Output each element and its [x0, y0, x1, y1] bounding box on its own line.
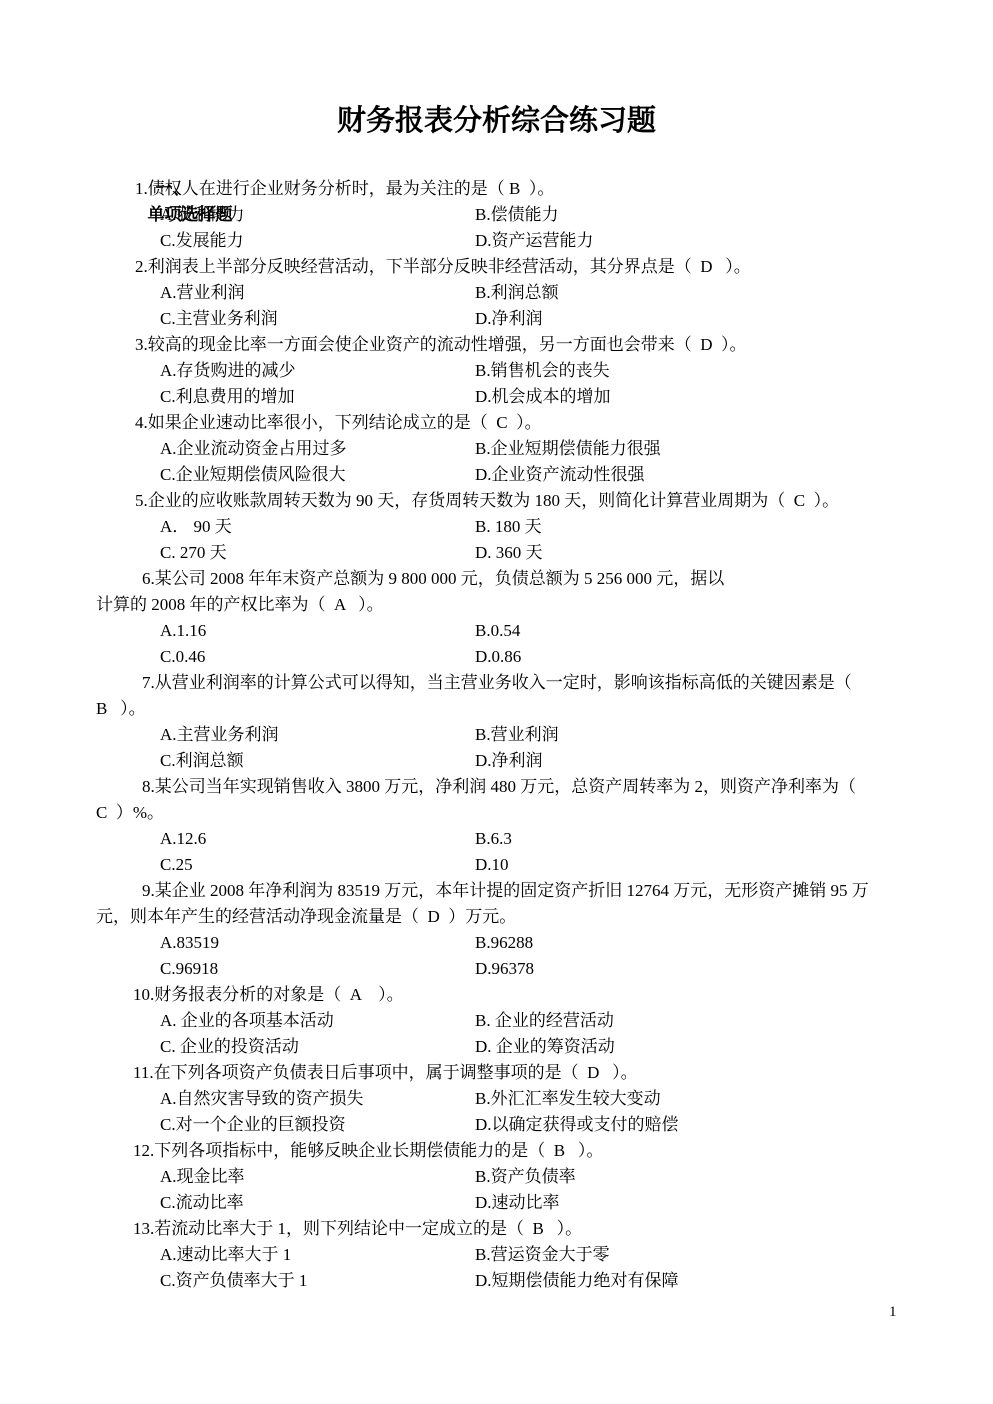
option-c: C.25	[160, 852, 193, 878]
option-c: C.企业短期偿债风险很大	[160, 462, 346, 488]
question-1-line: 1.债权人在进行企业财务分析时，最为关注的是（ B ）。	[96, 176, 908, 202]
option-d: D.资产运营能力	[475, 228, 594, 254]
question-7-line-1: 7.从营业利润率的计算公式可以得知，当主营业务收入一定时，影响该指标高低的关键因…	[96, 670, 908, 696]
option-a: A.1.16	[160, 618, 206, 644]
question-6-options-row-1: A.1.16 B.0.54	[96, 618, 908, 644]
option-a: A.速动比率大于 1	[160, 1242, 291, 1268]
option-c: C.利润总额	[160, 748, 244, 774]
option-c: C.对一个企业的巨额投资	[160, 1112, 346, 1138]
question-9-line-2: 元，则本年产生的经营活动净现金流量是（ D ）万元。	[96, 904, 908, 930]
question-9-line-1: 9.某企业 2008 年净利润为 83519 万元，本年计提的固定资产折旧 12…	[96, 878, 908, 904]
option-a: A.获利能力	[160, 202, 245, 228]
option-c: C.主营业务利润	[160, 306, 278, 332]
question-5-options-row-2: C. 270 天 D. 360 天	[96, 540, 908, 566]
option-b: B.企业短期偿债能力很强	[475, 436, 661, 462]
question-3-options-row-1: A.存货购进的减少 B.销售机会的丧失	[96, 358, 908, 384]
question-9-options-row-2: C.96918 D.96378	[96, 956, 908, 982]
question-4-options-row-2: C.企业短期偿债风险很大 D.企业资产流动性很强	[96, 462, 908, 488]
option-a: A.自然灾害导致的资产损失	[160, 1086, 364, 1112]
option-c: C.流动比率	[160, 1190, 244, 1216]
option-b: B.利润总额	[475, 280, 559, 306]
question-8-line-1: 8.某公司当年实现销售收入 3800 万元，净利润 480 万元，总资产周转率为…	[96, 774, 908, 800]
option-d: D.机会成本的增加	[475, 384, 611, 410]
option-b: B.偿债能力	[475, 202, 559, 228]
option-c: C.0.46	[160, 644, 205, 670]
option-a: A． 90 天	[160, 514, 232, 540]
option-b: B.外汇汇率发生较大变动	[475, 1086, 661, 1112]
option-d: D.10	[475, 852, 509, 878]
question-1-options-row-2: C.发展能力 D.资产运营能力	[96, 228, 908, 254]
question-5-options-row-1: A． 90 天 B. 180 天	[96, 514, 908, 540]
option-b: B. 180 天	[475, 514, 542, 540]
question-3-line: 3.较高的现金比率一方面会使企业资产的流动性增强，另一方面也会带来（ D ）。	[96, 332, 908, 358]
question-6-line-1: 6.某公司 2008 年年末资产总额为 9 800 000 元，负债总额为 5 …	[96, 566, 908, 592]
question-9-options-row-1: A.83519 B.96288	[96, 930, 908, 956]
option-a: A. 企业的各项基本活动	[160, 1008, 334, 1034]
option-a: A.企业流动资金占用过多	[160, 436, 347, 462]
question-11-options-row-1: A.自然灾害导致的资产损失 B.外汇汇率发生较大变动	[96, 1086, 908, 1112]
option-a: A.存货购进的减少	[160, 358, 296, 384]
question-13-line: 13.若流动比率大于 1，则下列结论中一定成立的是（ B ）。	[96, 1216, 908, 1242]
question-2-options-row-1: A.营业利润 B.利润总额	[96, 280, 908, 306]
option-b: B.营运资金大于零	[475, 1242, 610, 1268]
option-a: A.营业利润	[160, 280, 245, 306]
option-c: C. 企业的投资活动	[160, 1034, 299, 1060]
question-2-options-row-2: C.主营业务利润 D.净利润	[96, 306, 908, 332]
question-12-line: 12.下列各项指标中，能够反映企业长期偿债能力的是（ B ）。	[96, 1138, 908, 1164]
option-d: D.以确定获得或支付的赔偿	[475, 1112, 679, 1138]
option-a: A.83519	[160, 930, 219, 956]
option-a: A.主营业务利润	[160, 722, 279, 748]
question-10-line: 10.财务报表分析的对象是（ A ）。	[96, 982, 908, 1008]
option-a: A.12.6	[160, 826, 206, 852]
option-d: D.净利润	[475, 306, 543, 332]
option-d: D. 360 天	[475, 540, 543, 566]
question-13-options-row-2: C.资产负债率大于 1 D.短期偿债能力绝对有保障	[96, 1268, 908, 1294]
option-b: B.资产负债率	[475, 1164, 576, 1190]
option-d: D.速动比率	[475, 1190, 560, 1216]
question-7-options-row-2: C.利润总额 D.净利润	[96, 748, 908, 774]
question-11-options-row-2: C.对一个企业的巨额投资 D.以确定获得或支付的赔偿	[96, 1112, 908, 1138]
option-b: B.0.54	[475, 618, 520, 644]
question-4-line: 4.如果企业速动比率很小，下列结论成立的是（ C ）。	[96, 410, 908, 436]
question-5-line: 5.企业的应收账款周转天数为 90 天，存货周转天数为 180 天，则简化计算营…	[96, 488, 908, 514]
option-b: B. 企业的经营活动	[475, 1008, 614, 1034]
option-c: C.利息费用的增加	[160, 384, 295, 410]
page-title: 财务报表分析综合练习题	[0, 98, 993, 139]
question-12-options-row-2: C.流动比率 D.速动比率	[96, 1190, 908, 1216]
question-11-line: 11.在下列各项资产负债表日后事项中，属于调整事项的是（ D ）。	[96, 1060, 908, 1086]
document-page: 财务报表分析综合练习题 一、 单项选择题 1.债权人在进行企业财务分析时，最为关…	[0, 0, 993, 1404]
question-7-options-row-1: A.主营业务利润 B.营业利润	[96, 722, 908, 748]
question-2-line: 2.利润表上半部分反映经营活动，下半部分反映非经营活动，其分界点是（ D ）。	[96, 254, 908, 280]
question-12-options-row-1: A.现金比率 B.资产负债率	[96, 1164, 908, 1190]
section-heading: 一、 单项选择题	[96, 150, 908, 176]
option-b: B.销售机会的丧失	[475, 358, 610, 384]
option-d: D.净利润	[475, 748, 543, 774]
question-6-options-row-2: C.0.46 D.0.86	[96, 644, 908, 670]
question-6-line-2: 计算的 2008 年的产权比率为（ A ）。	[96, 592, 908, 618]
option-c: C.发展能力	[160, 228, 244, 254]
option-b: B.96288	[475, 930, 533, 956]
document-body: 一、 单项选择题 1.债权人在进行企业财务分析时，最为关注的是（ B ）。 A.…	[96, 150, 908, 1294]
page-number: 1	[889, 1299, 897, 1325]
option-c: C. 270 天	[160, 540, 227, 566]
question-3-options-row-2: C.利息费用的增加 D.机会成本的增加	[96, 384, 908, 410]
option-d: D. 企业的筹资活动	[475, 1034, 615, 1060]
option-b: B.营业利润	[475, 722, 559, 748]
question-10-options-row-2: C. 企业的投资活动 D. 企业的筹资活动	[96, 1034, 908, 1060]
question-7-line-2: B ）。	[96, 696, 908, 722]
question-4-options-row-1: A.企业流动资金占用过多 B.企业短期偿债能力很强	[96, 436, 908, 462]
option-d: D.短期偿债能力绝对有保障	[475, 1268, 679, 1294]
question-10-options-row-1: A. 企业的各项基本活动 B. 企业的经营活动	[96, 1008, 908, 1034]
option-a: A.现金比率	[160, 1164, 245, 1190]
question-8-line-2: C ）%。	[96, 800, 908, 826]
option-c: C.资产负债率大于 1	[160, 1268, 307, 1294]
option-d: D.0.86	[475, 644, 521, 670]
option-d: D.企业资产流动性很强	[475, 462, 645, 488]
option-b: B.6.3	[475, 826, 512, 852]
question-1-options-row-1: A.获利能力 B.偿债能力	[96, 202, 908, 228]
question-8-options-row-2: C.25 D.10	[96, 852, 908, 878]
question-8-options-row-1: A.12.6 B.6.3	[96, 826, 908, 852]
option-d: D.96378	[475, 956, 534, 982]
question-13-options-row-1: A.速动比率大于 1 B.营运资金大于零	[96, 1242, 908, 1268]
option-c: C.96918	[160, 956, 218, 982]
